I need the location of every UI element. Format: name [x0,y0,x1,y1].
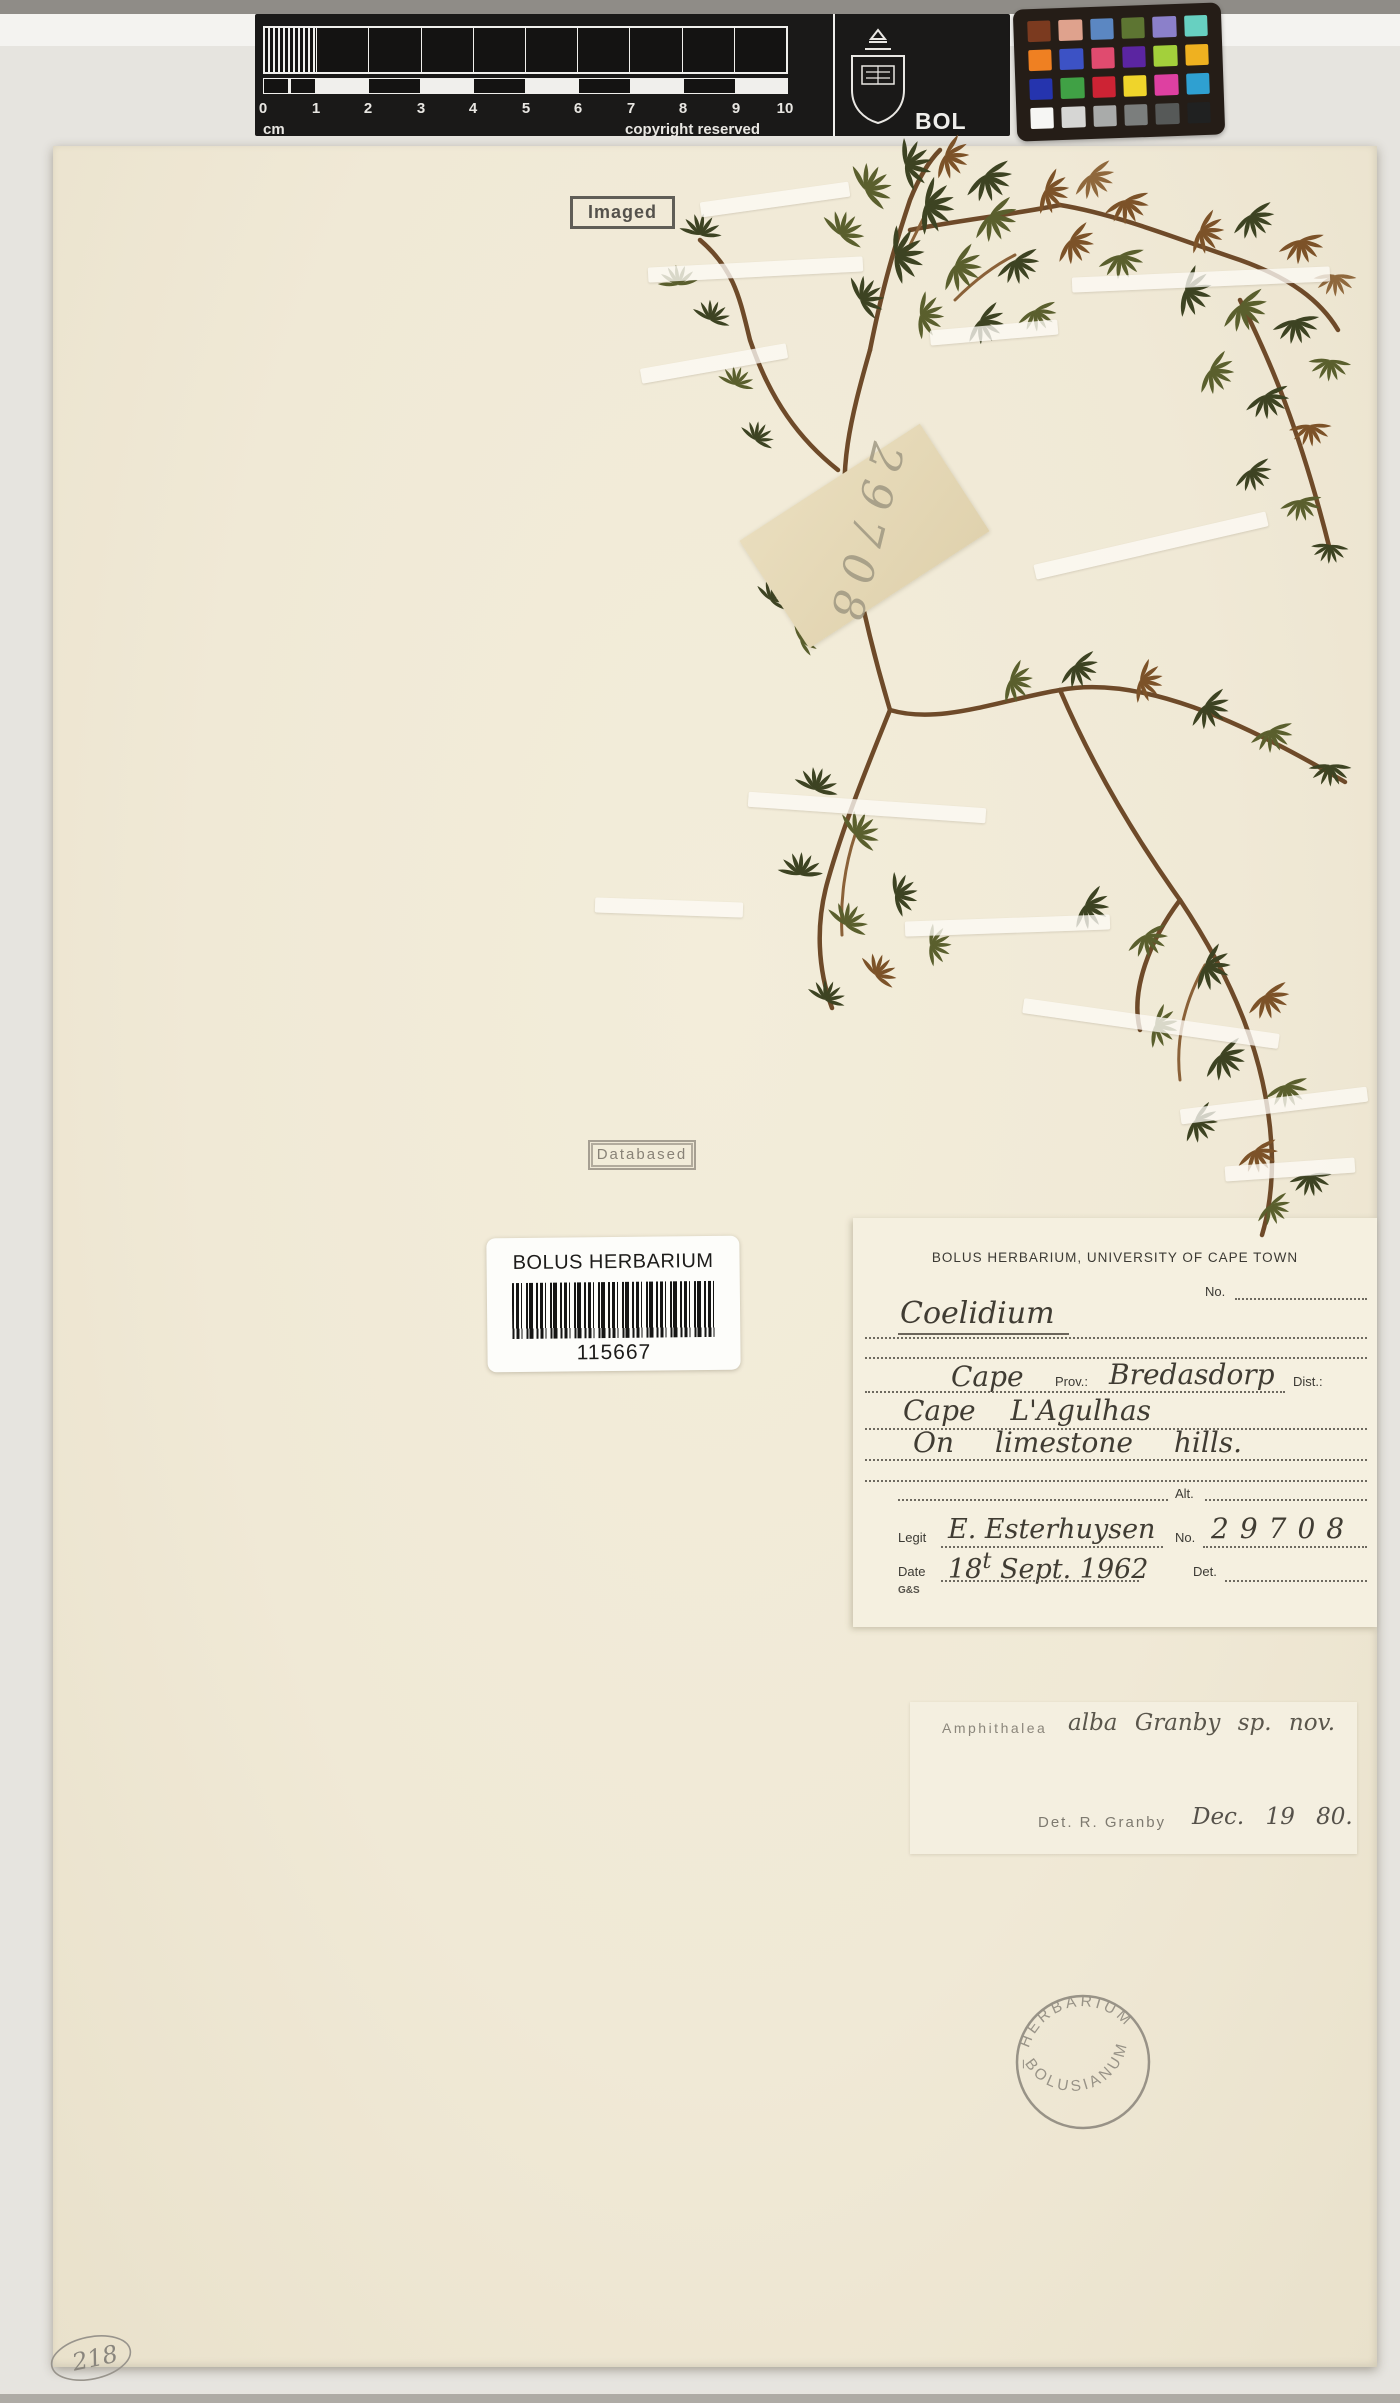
plant-foliage [655,132,1359,1234]
herbarium-scan: 0 1 2 3 4 5 6 7 8 9 10 cm copyright rese… [0,0,1400,2403]
